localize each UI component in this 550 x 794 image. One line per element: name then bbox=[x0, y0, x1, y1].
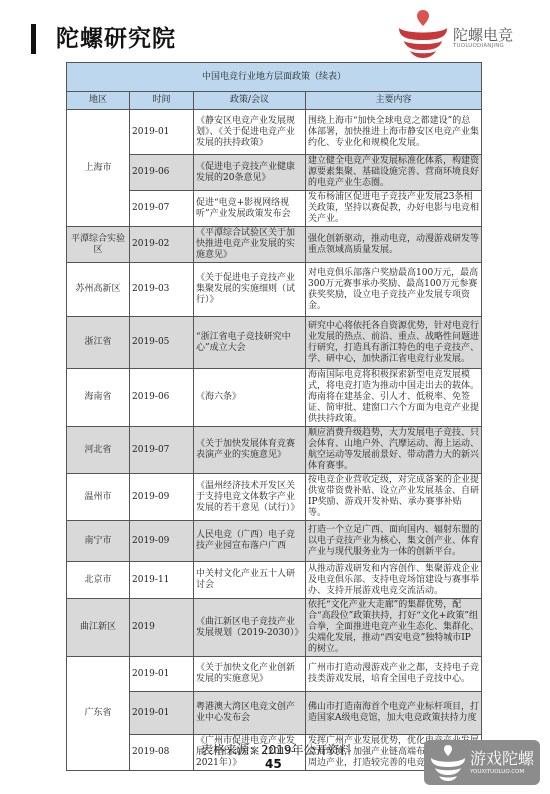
date-cell: 2019 bbox=[130, 599, 194, 657]
table-row: 曲江新区 2019 《曲江新区电子竞技产业发展规划（2019-2030）》 依托… bbox=[67, 599, 482, 657]
spinning-top-watermark-icon bbox=[428, 743, 468, 783]
date-cell: 2019-07 bbox=[130, 191, 194, 227]
region-cell: 苏州高新区 bbox=[67, 263, 130, 317]
table-row: 2019-06 《促进电子竞技产业健康发展的20条意见》 建立健全电竞产业发展标… bbox=[67, 155, 482, 191]
date-cell: 2019-01 bbox=[130, 657, 194, 692]
content-cell: 强化创新驱动，推动电竞，动漫游戏研发等重点领域高质量发展。 bbox=[306, 227, 482, 263]
date-cell: 2019-09 bbox=[130, 474, 194, 521]
content-cell: 按电竞企业营收定级，对完成备案的企业提供宽带资费补贴、设立产业发展基金、自研IP… bbox=[306, 474, 482, 521]
table-row: 平潭综合实验区 2019-02 《平潭综合试验区关于加快推进电竞产业发展的实施意… bbox=[67, 227, 482, 263]
table-source-note: 表格来源：2019年公开资料 bbox=[201, 741, 352, 758]
policy-cell: 《温州经济技术开发区关于支持电竞文体数字产业发展的若干意见（试行）》 bbox=[194, 474, 306, 521]
policy-cell: 《静安区电竞产业发展规划》、《关于促进电竞产业发展的扶持政策》 bbox=[194, 110, 306, 155]
content-cell: 佛山市打造南海首个电竞产业标杆项目，打造国家A级电竞馆，加大电竞政策扶持力度 bbox=[306, 692, 482, 735]
region-cell: 河北省 bbox=[67, 427, 130, 474]
content-cell: 围绕上海市“加快全球电竞之都建设”的总体部署，加快推进上海市静安区电竞产业集约化… bbox=[306, 110, 482, 155]
region-cell: 平潭综合实验区 bbox=[67, 227, 130, 263]
column-header-region: 地区 bbox=[67, 92, 130, 110]
date-cell: 2019-05 bbox=[130, 317, 194, 369]
content-cell: 建立健全电竞产业发展标准化体系，构建资源要素集聚、基础设施完善、营商环境良好的电… bbox=[306, 155, 482, 191]
content-cell: 打造一个立足广西、面向国内、辐射东盟的以电子竞技产业为核心，集文创产业、体育产业… bbox=[306, 521, 482, 562]
policy-cell: 《关于加快文化产业创新发展的实施意见》 bbox=[194, 657, 306, 692]
table-row: 浙江省 2019-05 “浙江省电子竞技研究中心”成立大会 研究中心将依托各自资… bbox=[67, 317, 482, 369]
policy-cell: 《促进电子竞技产业健康发展的20条意见》 bbox=[194, 155, 306, 191]
policy-cell: 中关村文化产业五十人研讨会 bbox=[194, 562, 306, 599]
date-cell: 2019-08 bbox=[130, 735, 194, 771]
region-cell: 海南省 bbox=[67, 369, 130, 427]
logo-subtext: TUOLUODIANJING bbox=[453, 43, 504, 49]
region-cell: 温州市 bbox=[67, 474, 130, 521]
region-cell: 广东省 bbox=[67, 657, 130, 771]
table-row: 河北省 2019-07 《关于加快发展体育竞赛表演产业的实施意见》 顺应消费升级… bbox=[67, 427, 482, 474]
table-row: 北京市 2019-11 中关村文化产业五十人研讨会 从推动游戏研发和内容创作、集… bbox=[67, 562, 482, 599]
table-row: 温州市 2019-09 《温州经济技术开发区关于支持电竞文体数字产业发展的若干意… bbox=[67, 474, 482, 521]
date-cell: 2019-03 bbox=[130, 263, 194, 317]
document-page: 陀螺研究院 陀螺电竞 TUOLUODIANJING 中国电竞行业地方层面政策（续… bbox=[0, 0, 550, 794]
content-cell: 海南国际电竞将积极探索新型电竞发展模式，将电竞打造为推动中国走出去的载体。海南将… bbox=[306, 369, 482, 427]
region-cell: 上海市 bbox=[67, 110, 130, 227]
content-cell: 从推动游戏研发和内容创作、集聚游戏企业及电竞俱乐部、支持电竞场馆建设与赛事举办、… bbox=[306, 562, 482, 599]
brand-logo: 陀螺电竞 TUOLUODIANJING bbox=[395, 8, 515, 60]
policy-cell: 《曲江新区电子竞技产业发展规划（2019-2030）》 bbox=[194, 599, 306, 657]
column-header-date: 时间 bbox=[130, 92, 194, 110]
region-cell: 曲江新区 bbox=[67, 599, 130, 657]
date-cell: 2019-06 bbox=[130, 155, 194, 191]
table-row: 苏州高新区 2019-03 《关于促进电子竞技产业集聚发展的实施细则（试行）》 … bbox=[67, 263, 482, 317]
column-header-content: 主要内容 bbox=[306, 92, 482, 110]
content-cell: 依托“文化产业大走廊”的集群优势，配合“高段位”政策扶持，打好“文化+政策”组合… bbox=[306, 599, 482, 657]
page-number: 45 bbox=[265, 757, 282, 771]
policy-table: 中国电竞行业地方层面政策（续表） 地区 时间 政策/会议 主要内容 上海市 20… bbox=[66, 62, 482, 771]
date-cell: 2019-11 bbox=[130, 562, 194, 599]
logo-text: 陀螺电竞 bbox=[453, 24, 513, 45]
date-cell: 2019-01 bbox=[130, 692, 194, 735]
region-cell: 浙江省 bbox=[67, 317, 130, 369]
watermark-subtext: YOUXITUOLUO.COM bbox=[470, 769, 524, 775]
watermark-text: 游戏陀螺 bbox=[470, 746, 534, 769]
policy-cell: 人民电竞（广西）电子竞技产业园宣布落户广西 bbox=[194, 521, 306, 562]
region-cell: 北京市 bbox=[67, 562, 130, 599]
table-row: 2019-07 促进“电竞+影视网络视听”产业发展政策发布会 发布杨浦区促进电子… bbox=[67, 191, 482, 227]
policy-cell: 《关于促进电子竞技产业集聚发展的实施细则（试行）》 bbox=[194, 263, 306, 317]
watermark-badge: 游戏陀螺 YOUXITUOLUO.COM bbox=[424, 740, 540, 785]
content-cell: 广州市打造动漫游戏产业之都，支持电子竞技类游戏发展，培育全国电子竞技中心。 bbox=[306, 657, 482, 692]
policy-cell: “浙江省电子竞技研究中心”成立大会 bbox=[194, 317, 306, 369]
policy-cell: 《海六条》 bbox=[194, 369, 306, 427]
date-cell: 2019-07 bbox=[130, 427, 194, 474]
table-title: 中国电竞行业地方层面政策（续表） bbox=[67, 63, 482, 92]
policy-cell: 粤港澳大湾区电竞文创产业中心发布会 bbox=[194, 692, 306, 735]
content-cell: 顺应消费升级趋势，大力发展电子竞技、只会体育、山地户外、汽摩运动、海上运动、航空… bbox=[306, 427, 482, 474]
date-cell: 2019-06 bbox=[130, 369, 194, 427]
header-accent-bar bbox=[31, 24, 36, 54]
table-row: 2019-01 粤港澳大湾区电竞文创产业中心发布会 佛山市打造南海首个电竞产业标… bbox=[67, 692, 482, 735]
region-cell: 南宁市 bbox=[67, 521, 130, 562]
content-cell: 发布杨浦区促进电子竞技产业发展23条相关政策，坚持以赛促教，办好电影与电竞相关产… bbox=[306, 191, 482, 227]
policy-cell: 促进“电竞+影视网络视听”产业发展政策发布会 bbox=[194, 191, 306, 227]
table-row: 南宁市 2019-09 人民电竞（广西）电子竞技产业园宣布落户广西 打造一个立足… bbox=[67, 521, 482, 562]
policy-cell: 《平潭综合试验区关于加快推进电竞产业发展的实施意见》 bbox=[194, 227, 306, 263]
date-cell: 2019-01 bbox=[130, 110, 194, 155]
table-row: 海南省 2019-06 《海六条》 海南国际电竞将积极探索新型电竞发展模式，将电… bbox=[67, 369, 482, 427]
table-row: 上海市 2019-01 《静安区电竞产业发展规划》、《关于促进电竞产业发展的扶持… bbox=[67, 110, 482, 155]
date-cell: 2019-09 bbox=[130, 521, 194, 562]
column-header-policy: 政策/会议 bbox=[194, 92, 306, 110]
table-row: 广东省 2019-01 《关于加快文化产业创新发展的实施意见》 广州市打造动漫游… bbox=[67, 657, 482, 692]
content-cell: 研究中心将依托各自资源优势，针对电竞行业发展的热点、前沿、重点、战略性问题进行研… bbox=[306, 317, 482, 369]
page-header-title: 陀螺研究院 bbox=[56, 24, 176, 54]
content-cell: 对电竞俱乐部落户奖励最高100万元，最高300万元赛事承办奖励、最高100万元参… bbox=[306, 263, 482, 317]
policy-cell: 《关于加快发展体育竞赛表演产业的实施意见》 bbox=[194, 427, 306, 474]
date-cell: 2019-02 bbox=[130, 227, 194, 263]
spinning-top-logo-icon bbox=[395, 8, 451, 60]
